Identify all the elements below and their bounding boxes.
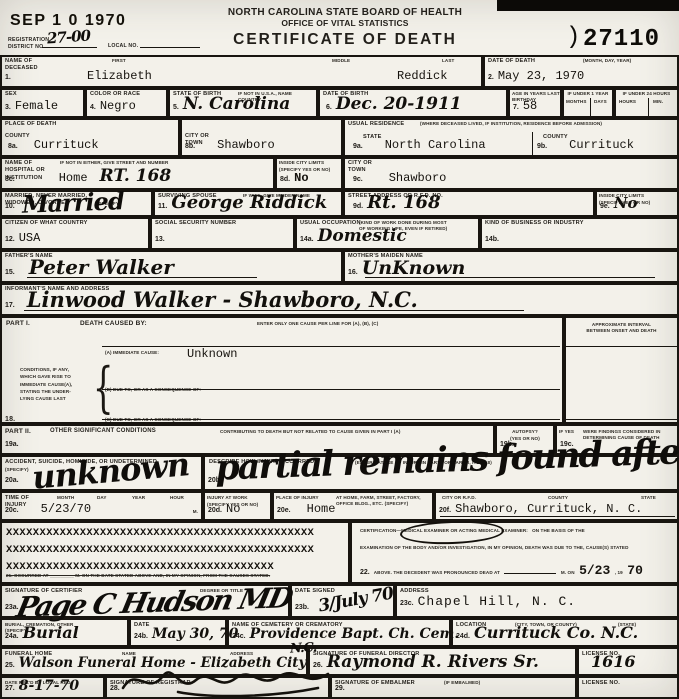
u24-divider [648, 98, 649, 120]
first-header: FIRST [112, 58, 126, 64]
toi-day-header: DAY [97, 495, 107, 501]
cert-line1b: ON THE BASIS OF THE [532, 528, 585, 533]
toi-year-header: YEAR [132, 495, 145, 501]
cert-line2: EXAMINATION OF THE BODY AND/OR INVESTIGA… [360, 545, 675, 551]
field-place-of-injury: PLACE OF INJURY AT HOME, FARM, STREET, F… [272, 491, 434, 521]
field-certifier-address: ADDRESS 23c.Chapel Hill, N. C. [395, 584, 679, 618]
age-value: 58 [523, 99, 537, 113]
occupation-num: 14a. [300, 236, 314, 243]
citizen-value: USA [19, 231, 41, 245]
block-21-physician-certification-voided: XXXXXXXXXXXXXXXXXXXXXXXXXXXXXXXXXXXXXXXX… [0, 521, 350, 584]
icl8d-value: No [294, 171, 308, 185]
field-funeral-director-signature: SIGNATURE OF FUNERAL DIRECTOR 26.Raymond… [308, 647, 577, 676]
field-business-industry: KIND OF BUSINESS OR INDUSTRY 14b. [480, 217, 679, 250]
cause-a-underline [102, 346, 560, 347]
father-num: 15. [5, 269, 15, 276]
interval-line-a [566, 346, 679, 347]
field-state-of-birth: STATE OF BIRTH IF NOT IN U.S.A., NAME CO… [168, 88, 318, 118]
hours-header: HOURS [619, 99, 636, 105]
dod-num: 2. [488, 74, 494, 81]
burial-value: Burial [23, 623, 79, 642]
city9c-num: 9c. [353, 176, 363, 183]
burial-num: 24a. [5, 633, 19, 640]
part1-heading: PART I. [6, 320, 30, 328]
registration-district-label: REGISTRATION DISTRICT NO. [8, 37, 49, 51]
hospital-note: IF NOT IN EITHER, GIVE STREET AND NUMBER [60, 160, 220, 166]
sob-num: 5. [173, 104, 179, 111]
middle-header: MIDDLE [332, 58, 350, 64]
loc20f-underline [440, 516, 675, 517]
toi-m-mark: M. [193, 509, 198, 515]
occupation-value: Domestic [318, 226, 407, 246]
serial-paren: ) [566, 24, 581, 51]
field-inside-city-limits-8d: INSIDE CITY LIMITS (SPECIFY YES OR NO) 8… [275, 157, 343, 190]
part1-label: DEATH CAUSED BY: [80, 320, 147, 328]
pod-county-num: 8a. [8, 143, 18, 150]
city9c-value: Shawboro [389, 171, 447, 185]
icl8d-label: INSIDE CITY LIMITS [279, 160, 324, 166]
spouse-num: 11. [158, 203, 167, 210]
column-approximate-interval: APPROXIMATE INTERVAL BETWEEN ONSET AND D… [564, 316, 679, 424]
field-time-of-injury: TIME OF INJURY MONTH DAY YEAR HOUR 20c.5… [0, 491, 203, 521]
pronounced-year: 70 [627, 563, 643, 578]
hospital-num: 8c. [5, 176, 15, 183]
address-num: 23c. [400, 600, 414, 607]
icl9e-value: No [614, 194, 638, 212]
street9d-num: 9d. [353, 203, 363, 210]
field-fathers-name: FATHER'S NAME 15.Peter Walker [0, 250, 343, 283]
funeral-home-num: 25. [5, 662, 15, 669]
cemetery-location-value: Currituck Co. N.C. [474, 623, 638, 642]
pod-city-num: 8b. [185, 143, 195, 150]
voided-x-line-1: XXXXXXXXXXXXXXXXXXXXXXXXXXXXXXXXXXXXXXXX… [6, 527, 314, 539]
local-no-label: LOCAL NO. [108, 43, 138, 50]
part1-note: ENTER ONLY ONE CAUSE PER LINE FOR (a), (… [257, 321, 378, 327]
sob-value: N. Carolina [183, 94, 290, 114]
months-header: MONTHS [566, 99, 587, 105]
pod-county-value: Currituck [34, 138, 99, 152]
poi-note: AT HOME, FARM, STREET, FACTORY, OFFICE B… [336, 495, 421, 506]
race-num: 4. [90, 104, 96, 111]
icl8d-num: 8d. [280, 176, 290, 183]
hand-drawn-circle [400, 519, 505, 546]
voided-x-line-2: XXXXXXXXXXXXXXXXXXXXXXXXXXXXXXXXXXXXXXXX… [6, 544, 314, 556]
field-date-of-birth: DATE OF BIRTH 6.Dec. 20-1911 [318, 88, 508, 118]
field-sex: SEX 3.Female [0, 88, 85, 118]
dob-num: 6. [326, 104, 332, 111]
license1-value: 1616 [591, 652, 636, 671]
field-usual-residence: USUAL RESIDENCE (WHERE DECEASED LIVED, I… [343, 118, 679, 157]
last-name-value: Reddick [397, 66, 447, 84]
industry-num: 14b. [485, 236, 499, 243]
cemetery-value: Providence Bapt. Ch. Cem. [250, 626, 460, 642]
cemetery-num: 24c. [232, 633, 246, 640]
residence-label: USUAL RESIDENCE [348, 121, 404, 128]
part2-note: CONTRIBUTING TO DEATH BUT NOT RELATED TO… [220, 429, 400, 435]
res-state-value: North Carolina [385, 138, 486, 152]
cemetery-state-extra: N.C. [290, 640, 317, 656]
mother-underline [365, 277, 655, 278]
pronounced-date: 5/23 [579, 563, 610, 578]
office-name: OFFICE OF VITAL STATISTICS [180, 18, 510, 29]
pronounced-underline [504, 573, 556, 574]
field-social-security: SOCIAL SECURITY NUMBER 13. [150, 217, 295, 250]
license2-label: LICENSE NO. [582, 680, 620, 687]
date-received-value: 8-17-70 [19, 678, 79, 694]
date-received-num: 27. [5, 685, 15, 692]
item18-num: 18. [5, 415, 15, 424]
father-underline [27, 277, 257, 278]
u24-label: IF UNDER 24 HOURS [616, 91, 677, 97]
part2-label: OTHER SIGNIFICANT CONDITIONS [50, 428, 156, 436]
industry-label: KIND OF BUSINESS OR INDUSTRY [485, 220, 584, 227]
date-signed-num: 23b. [295, 604, 309, 611]
loc20f-value: Shawboro, Currituck, N. C. [455, 502, 642, 516]
address-value: Chapel Hill, N. C. [418, 594, 576, 609]
dob-value: Dec. 20-1911 [336, 94, 462, 114]
cert-pronounced-text: ABOVE. THE DECEDENT WAS PRONOUNCED DEAD … [374, 570, 500, 575]
first-name-value: Elizabeth [87, 66, 152, 84]
acc-num: 20a. [5, 477, 19, 484]
field-street-address-9d: STREET ADDRESS OR R.F.D. No. 9d.Rt. 168 [343, 190, 595, 217]
interval-line-c [566, 419, 679, 420]
informant-underline [24, 310, 524, 311]
block-22-medical-examiner-certification: CERTIFICATION—MEDICAL EXAMINER OR ACTING… [350, 521, 679, 584]
citizen-num: 12. [5, 236, 15, 243]
residence-divider [532, 132, 533, 159]
ssn-num: 13. [155, 236, 165, 243]
hospital-typed-value: Home [59, 171, 88, 185]
part2-num: 19a. [5, 441, 19, 448]
mother-num: 16. [348, 269, 358, 276]
marital-num: 10. [5, 203, 15, 210]
cert-m-on: M. ON [561, 570, 575, 575]
field-director-license: LICENSE NO. 1616 [577, 647, 679, 676]
last-header: LAST [442, 58, 454, 64]
field-date-received: DATE REC'D BY LOCAL REG. 27.8-17-70 [0, 676, 105, 699]
iaw-value: No [226, 502, 240, 516]
funeral-director-value: Raymond R. Rivers Sr. [327, 652, 539, 672]
field-age: AGE IN YEARS LAST BIRTHDAY 7.58 [508, 88, 562, 118]
field-informant: INFORMANT'S NAME AND ADDRESS 17.Linwood … [0, 283, 679, 316]
field-name-of-deceased: NAME OF DECEASED FIRST MIDDLE LAST 1. El… [0, 55, 483, 88]
registrar-signature-scrawl [118, 658, 348, 699]
street9d-value: Rt. 168 [367, 192, 440, 213]
cause-b-underline [102, 389, 560, 390]
min-header: MIN. [653, 99, 663, 105]
item21-label: 21. OCCURRED AT _________ M. ON THE DATE… [6, 573, 346, 579]
field-injury-location: CITY OR R.F.D. COUNTY STATE 20f.Shawboro… [434, 491, 679, 521]
field-if-under-24-hours: IF UNDER 24 HOURS HOURS MIN. [614, 88, 679, 118]
cemetery-location-num: 24d. [456, 633, 470, 640]
registration-district-value: 27-00 [46, 27, 90, 48]
toi-value: 5/23/70 [41, 502, 91, 516]
loc20f-state-header: STATE [641, 495, 656, 501]
field-injury-at-work: INJURY AT WORK (SPECIFY YES OR NO) 20d.N… [203, 491, 272, 521]
certificate-number: 27110 [583, 26, 660, 53]
conditions-note: CONDITIONS, IF ANY, WHICH GAVE RISE TO I… [20, 366, 72, 403]
field-residence-city-9c: CITY OR TOWN 9c.Shawboro [343, 157, 679, 190]
field-color-or-race: COLOR OR RACE 4.Negro [85, 88, 168, 118]
mother-value: UnKnown [362, 257, 466, 279]
section-part1-cause-of-death: PART I. DEATH CAUSED BY: ENTER ONLY ONE … [0, 316, 564, 424]
field-cemetery-name: NAME OF CEMETERY OR CREMATORY 24c.Provid… [227, 618, 451, 647]
res-state-num: 9a. [353, 143, 363, 150]
cert-line3: 22.ABOVE. THE DECEDENT WAS PRONOUNCED DE… [360, 561, 643, 579]
days-header: DAYS [594, 99, 607, 105]
sex-value: Female [15, 99, 58, 113]
field-inside-city-limits-9e: INSIDE CITY LIMITS (SPECIFY YES OR NO) 9… [595, 190, 679, 217]
u1y-label: IF UNDER 1 YEAR [564, 91, 612, 97]
informant-num: 17. [5, 302, 15, 309]
dod-note: (MONTH, DAY, YEAR) [583, 58, 631, 64]
poi-value: Home [307, 502, 336, 516]
iaw-num: 20d. [208, 507, 222, 514]
scan-black-bar [497, 0, 679, 11]
cause-c-underline [102, 419, 560, 420]
field-citizen-of: CITIZEN OF WHAT COUNTRY 12.USA [0, 217, 150, 250]
field-cemetery-location: LOCATION (CITY, TOWN, OR COUNTY) (STATE)… [451, 618, 679, 647]
dod-value: May 23, 1970 [498, 69, 584, 83]
field-place-of-death-county: PLACE OF DEATH COUNTY 8a.Currituck [0, 118, 180, 157]
poi-num: 20e. [277, 507, 291, 514]
cause-a-label: (a) IMMEDIATE CAUSE: [105, 350, 159, 356]
field-if-under-1-year: IF UNDER 1 YEAR MONTHS DAYS [562, 88, 614, 118]
marital-value-scrawl: Married [22, 186, 125, 219]
field-mothers-maiden-name: MOTHER'S MAIDEN NAME 16.UnKnown [343, 250, 679, 283]
residence-note: (WHERE DECEASED LIVED, IF INSTITUTION, R… [420, 121, 670, 127]
father-value: Peter Walker [29, 255, 174, 279]
field-place-of-death-city: CITY OR TOWN 8b.Shawboro [180, 118, 343, 157]
voided-x-line-3: XXXXXXXXXXXXXXXXXXXXXXXXXXXXXXXXXXXXXXXX [6, 561, 274, 573]
hospital-hand-value: RT. 168 [100, 166, 172, 186]
res-county-num: 9b. [537, 143, 547, 150]
dod-label: DATE OF DEATH [488, 58, 535, 65]
burial-date-value: May 30, 70 [152, 626, 238, 642]
certificate-title: CERTIFICATE OF DEATH [180, 30, 510, 50]
loc20f-num: 20f. [439, 507, 451, 514]
place-of-death-label: PLACE OF DEATH [5, 121, 57, 128]
toi-hour-header: HOUR [170, 495, 184, 501]
res-county-value: Currituck [569, 138, 634, 152]
field-hospital-or-institution: NAME OF HOSPITAL OR INSTITUTION IF NOT I… [0, 157, 275, 190]
field-embalmer-license: LICENSE NO. [577, 676, 679, 699]
embalmer-note: (IF EMBALMED) [444, 680, 480, 686]
pod-city-value: Shawboro [217, 138, 275, 152]
item22-num: 22. [360, 569, 370, 576]
race-value: Negro [100, 99, 136, 113]
age-num: 7. [513, 104, 519, 111]
toi-num: 20c. [5, 507, 19, 514]
death-certificate-scan: SEP 1 0 1970 REGISTRATION DISTRICT NO. 2… [0, 0, 679, 699]
ssn-label: SOCIAL SECURITY NUMBER [155, 220, 236, 227]
interval-label: APPROXIMATE INTERVAL BETWEEN ONSET AND D… [566, 322, 677, 333]
spouse-value: George Riddick [171, 192, 327, 213]
informant-value: Linwood Walker - Shawboro, N.C. [27, 287, 418, 312]
citizen-label: CITIZEN OF WHAT COUNTRY [5, 220, 88, 227]
burial-date-num: 24b. [134, 633, 148, 640]
name-num: 1. [5, 74, 11, 81]
icl9e-num: 9e. [600, 203, 610, 210]
field-embalmer-signature: SIGNATURE OF EMBALMER (IF EMBALMED) 29. [330, 676, 577, 699]
sex-num: 3. [5, 104, 11, 111]
field-surviving-spouse: SURVIVING SPOUSE IF WIFE, GIVE MAIDEN NA… [153, 190, 343, 217]
field-usual-occupation: USUAL OCCUPATION (KIND OF WORK DONE DURI… [295, 217, 480, 250]
cert-19: , 19 [615, 570, 623, 575]
field-burial-date: DATE 24b.May 30, 70 [129, 618, 227, 647]
u1y-divider [590, 98, 591, 120]
field-date-of-death: DATE OF DEATH (MONTH, DAY, YEAR) 2.May 2… [483, 55, 679, 88]
